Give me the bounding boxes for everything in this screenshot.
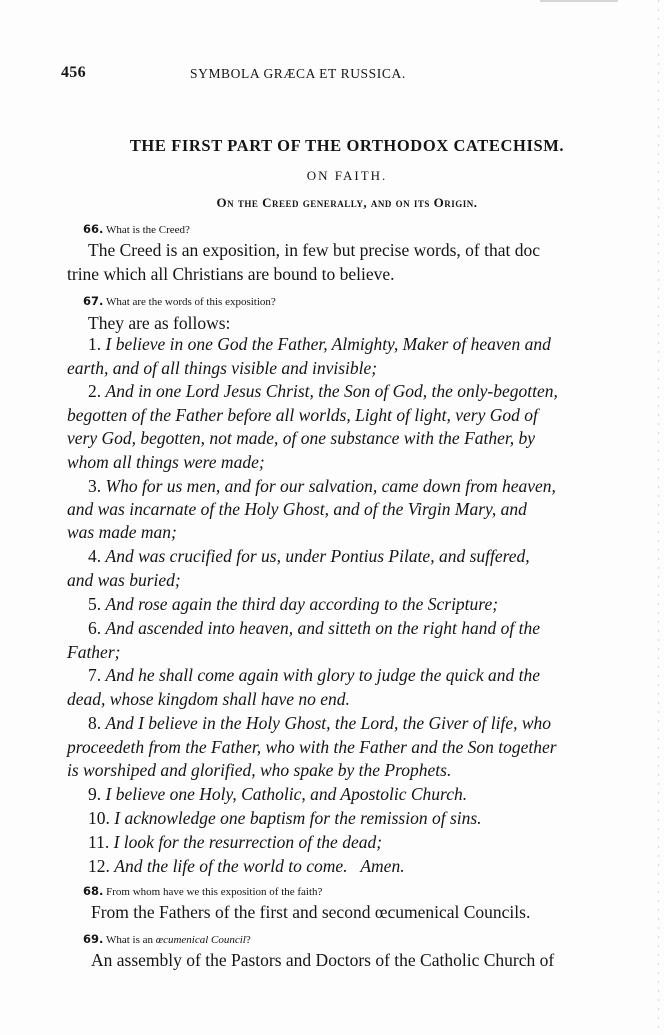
creed-line: very God, begotten, not made, of one sub…: [67, 428, 535, 449]
question-text: What are the words of this exposition?: [106, 296, 276, 308]
answer-line: An assembly of the Pastors and Doctors o…: [91, 950, 554, 971]
creed-article-6: 6. And ascended into heaven, and sitteth…: [88, 618, 540, 639]
creed-article-12: 12. And the life of the world to come. A…: [88, 856, 405, 877]
question-68: 68. From whom have we this exposition of…: [83, 884, 322, 898]
question-number: 66.: [83, 222, 103, 236]
creed-line: begotten of the Father before all worlds…: [67, 405, 538, 426]
running-head: SYMBOLA GRÆCA ET RUSSICA.: [190, 66, 406, 82]
creed-line: dead, whose kingdom shall have no end.: [67, 689, 350, 710]
creed-article-4: 4. And was crucified for us, under Ponti…: [88, 546, 530, 567]
creed-article-10: 10. I acknowledge one baptism for the re…: [88, 808, 482, 829]
question-66: 66. What is the Creed?: [83, 222, 190, 236]
question-67: 67. What are the words of this expositio…: [83, 294, 276, 308]
creed-line: proceedeth from the Father, who with the…: [67, 737, 557, 758]
creed-line: earth, and of all things visible and inv…: [67, 358, 377, 379]
creed-article-7: 7. And he shall come again with glory to…: [88, 665, 540, 686]
creed-article-2: 2. And in one Lord Jesus Christ, the Son…: [88, 381, 558, 402]
creed-article-3: 3. Who for us men, and for our salvation…: [88, 476, 556, 497]
question-number: 68.: [83, 884, 103, 898]
creed-article-1: 1. I believe in one God the Father, Almi…: [88, 334, 551, 355]
page-number: 456: [61, 64, 86, 82]
book-page: 456 SYMBOLA GRÆCA ET RUSSICA. THE FIRST …: [0, 0, 664, 1035]
creed-line: Father;: [67, 642, 120, 663]
answer-line: trine which all Christians are bound to …: [67, 264, 395, 285]
answer-line: They are as follows:: [88, 313, 230, 334]
answer-line: The Creed is an exposition, in few but p…: [88, 240, 540, 261]
page-header: 456 SYMBOLA GRÆCA ET RUSSICA.: [0, 64, 664, 84]
question-text-italic: œcumenical Council: [156, 934, 246, 946]
creed-line: is worshiped and glorified, who spake by…: [67, 760, 451, 781]
creed-line: was made man;: [67, 522, 177, 543]
question-text: What is the Creed?: [106, 224, 190, 236]
part-title: THE FIRST PART OF THE ORTHODOX CATECHISM…: [0, 136, 664, 156]
answer-line: From the Fathers of the first and second…: [91, 902, 530, 923]
creed-line: and was buried;: [67, 570, 181, 591]
question-number: 67.: [83, 294, 103, 308]
part-subtitle: ON FAITH.: [0, 168, 664, 184]
creed-line: and was incarnate of the Holy Ghost, and…: [67, 499, 527, 520]
creed-article-8: 8. And I believe in the Holy Ghost, the …: [88, 713, 551, 734]
scan-artifact: [540, 0, 618, 2]
creed-article-5: 5. And rose again the third day accordin…: [88, 594, 498, 615]
question-69: 69. What is an œcumenical Council?: [83, 932, 251, 946]
question-text: What is an: [106, 934, 156, 946]
question-number: 69.: [83, 932, 103, 946]
creed-article-9: 9. I believe one Holy, Catholic, and Apo…: [88, 784, 467, 805]
section-heading: On the Creed generally, and on its Origi…: [0, 195, 664, 211]
question-text: From whom have we this exposition of the…: [106, 886, 322, 898]
creed-article-11: 11. I look for the resurrection of the d…: [88, 832, 382, 853]
creed-line: whom all things were made;: [67, 452, 265, 473]
